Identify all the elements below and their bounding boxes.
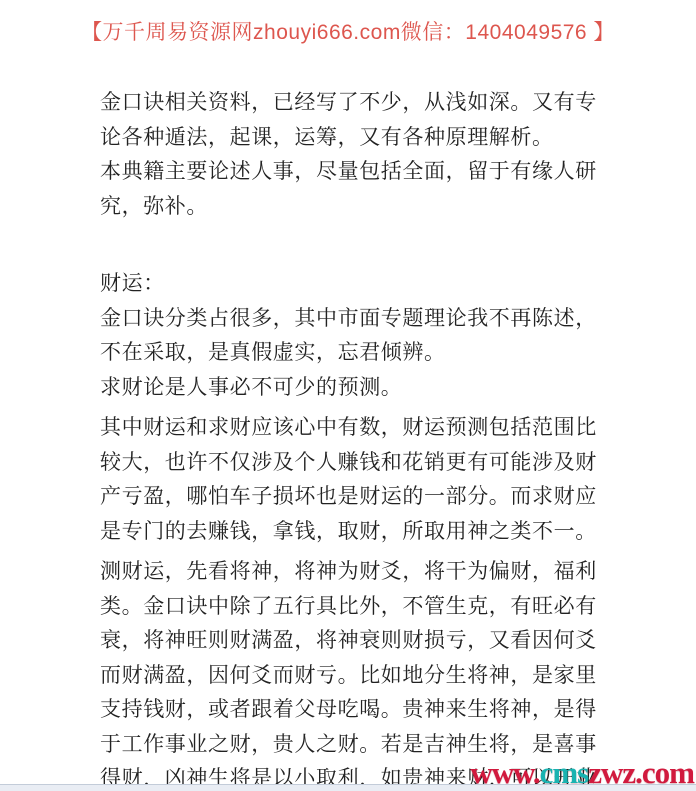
page-header: 【万千周易资源网zhouyi666.com微信：1404049576 】 — [0, 16, 696, 46]
paragraph: 其中财运和求财应该心中有数，财运预测包括范围比 较大，也许不仅涉及个人赚钱和花销… — [100, 410, 640, 548]
paragraph: 金口诀分类占很多，其中市面专题理论我不再陈述， 不在采取，是真假虚实，忘君倾辨。 — [100, 301, 640, 370]
paragraph: 求财论是人事必不可少的预测。 — [100, 370, 640, 405]
document-body: 金口诀相关资料，已经写了不少，从浅如深。又有专 论各种遁法，起课，运筹，又有各种… — [100, 85, 640, 791]
bottom-window-edge — [0, 784, 696, 791]
document-page: 【万千周易资源网zhouyi666.com微信：1404049576 】 金口诀… — [0, 0, 696, 791]
paragraph: 金口诀相关资料，已经写了不少，从浅如深。又有专 论各种遁法，起课，运筹，又有各种… — [100, 85, 640, 154]
paragraph: 财运： — [100, 266, 640, 301]
paragraph: 本典籍主要论述人事，尽量包括全面，留于有缘人研 究，弥补。 — [100, 154, 640, 223]
header-text: 【万千周易资源网zhouyi666.com微信：1404049576 】 — [81, 21, 615, 44]
